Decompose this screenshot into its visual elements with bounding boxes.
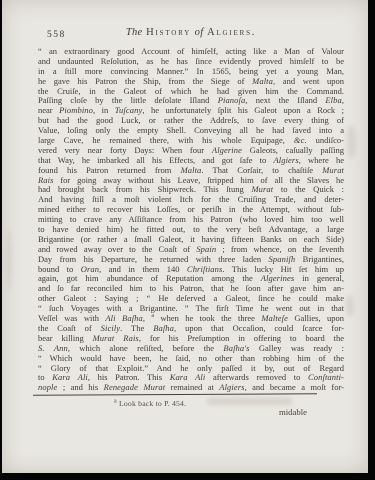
footnote: a Look back to P. 454. bbox=[114, 399, 186, 408]
scan-smudge bbox=[207, 398, 292, 405]
scan-smudge bbox=[347, 125, 356, 159]
book-page: 558 The History of Algiers. “ an extraor… bbox=[2, 0, 368, 473]
scan-smudge bbox=[346, 295, 354, 317]
running-title: The History of Algiers. bbox=[38, 27, 344, 38]
title-word-algiers: Algiers. bbox=[207, 27, 256, 38]
page-text: “ an extraordinary good Account of himſe… bbox=[38, 47, 344, 393]
text-line: nople ; and his Renegade Murat remained … bbox=[38, 383, 344, 393]
page-number: 558 bbox=[47, 30, 66, 40]
footnote-rule bbox=[33, 393, 317, 396]
text-block: 558 The History of Algiers. “ an extraor… bbox=[38, 27, 344, 393]
title-word-history: History bbox=[146, 27, 191, 38]
catchword: midable bbox=[279, 407, 307, 417]
title-word-of: of bbox=[195, 27, 204, 38]
scan-smudge bbox=[6, 230, 12, 290]
page-header: 558 The History of Algiers. bbox=[38, 27, 344, 44]
title-word-the: The bbox=[126, 27, 143, 38]
